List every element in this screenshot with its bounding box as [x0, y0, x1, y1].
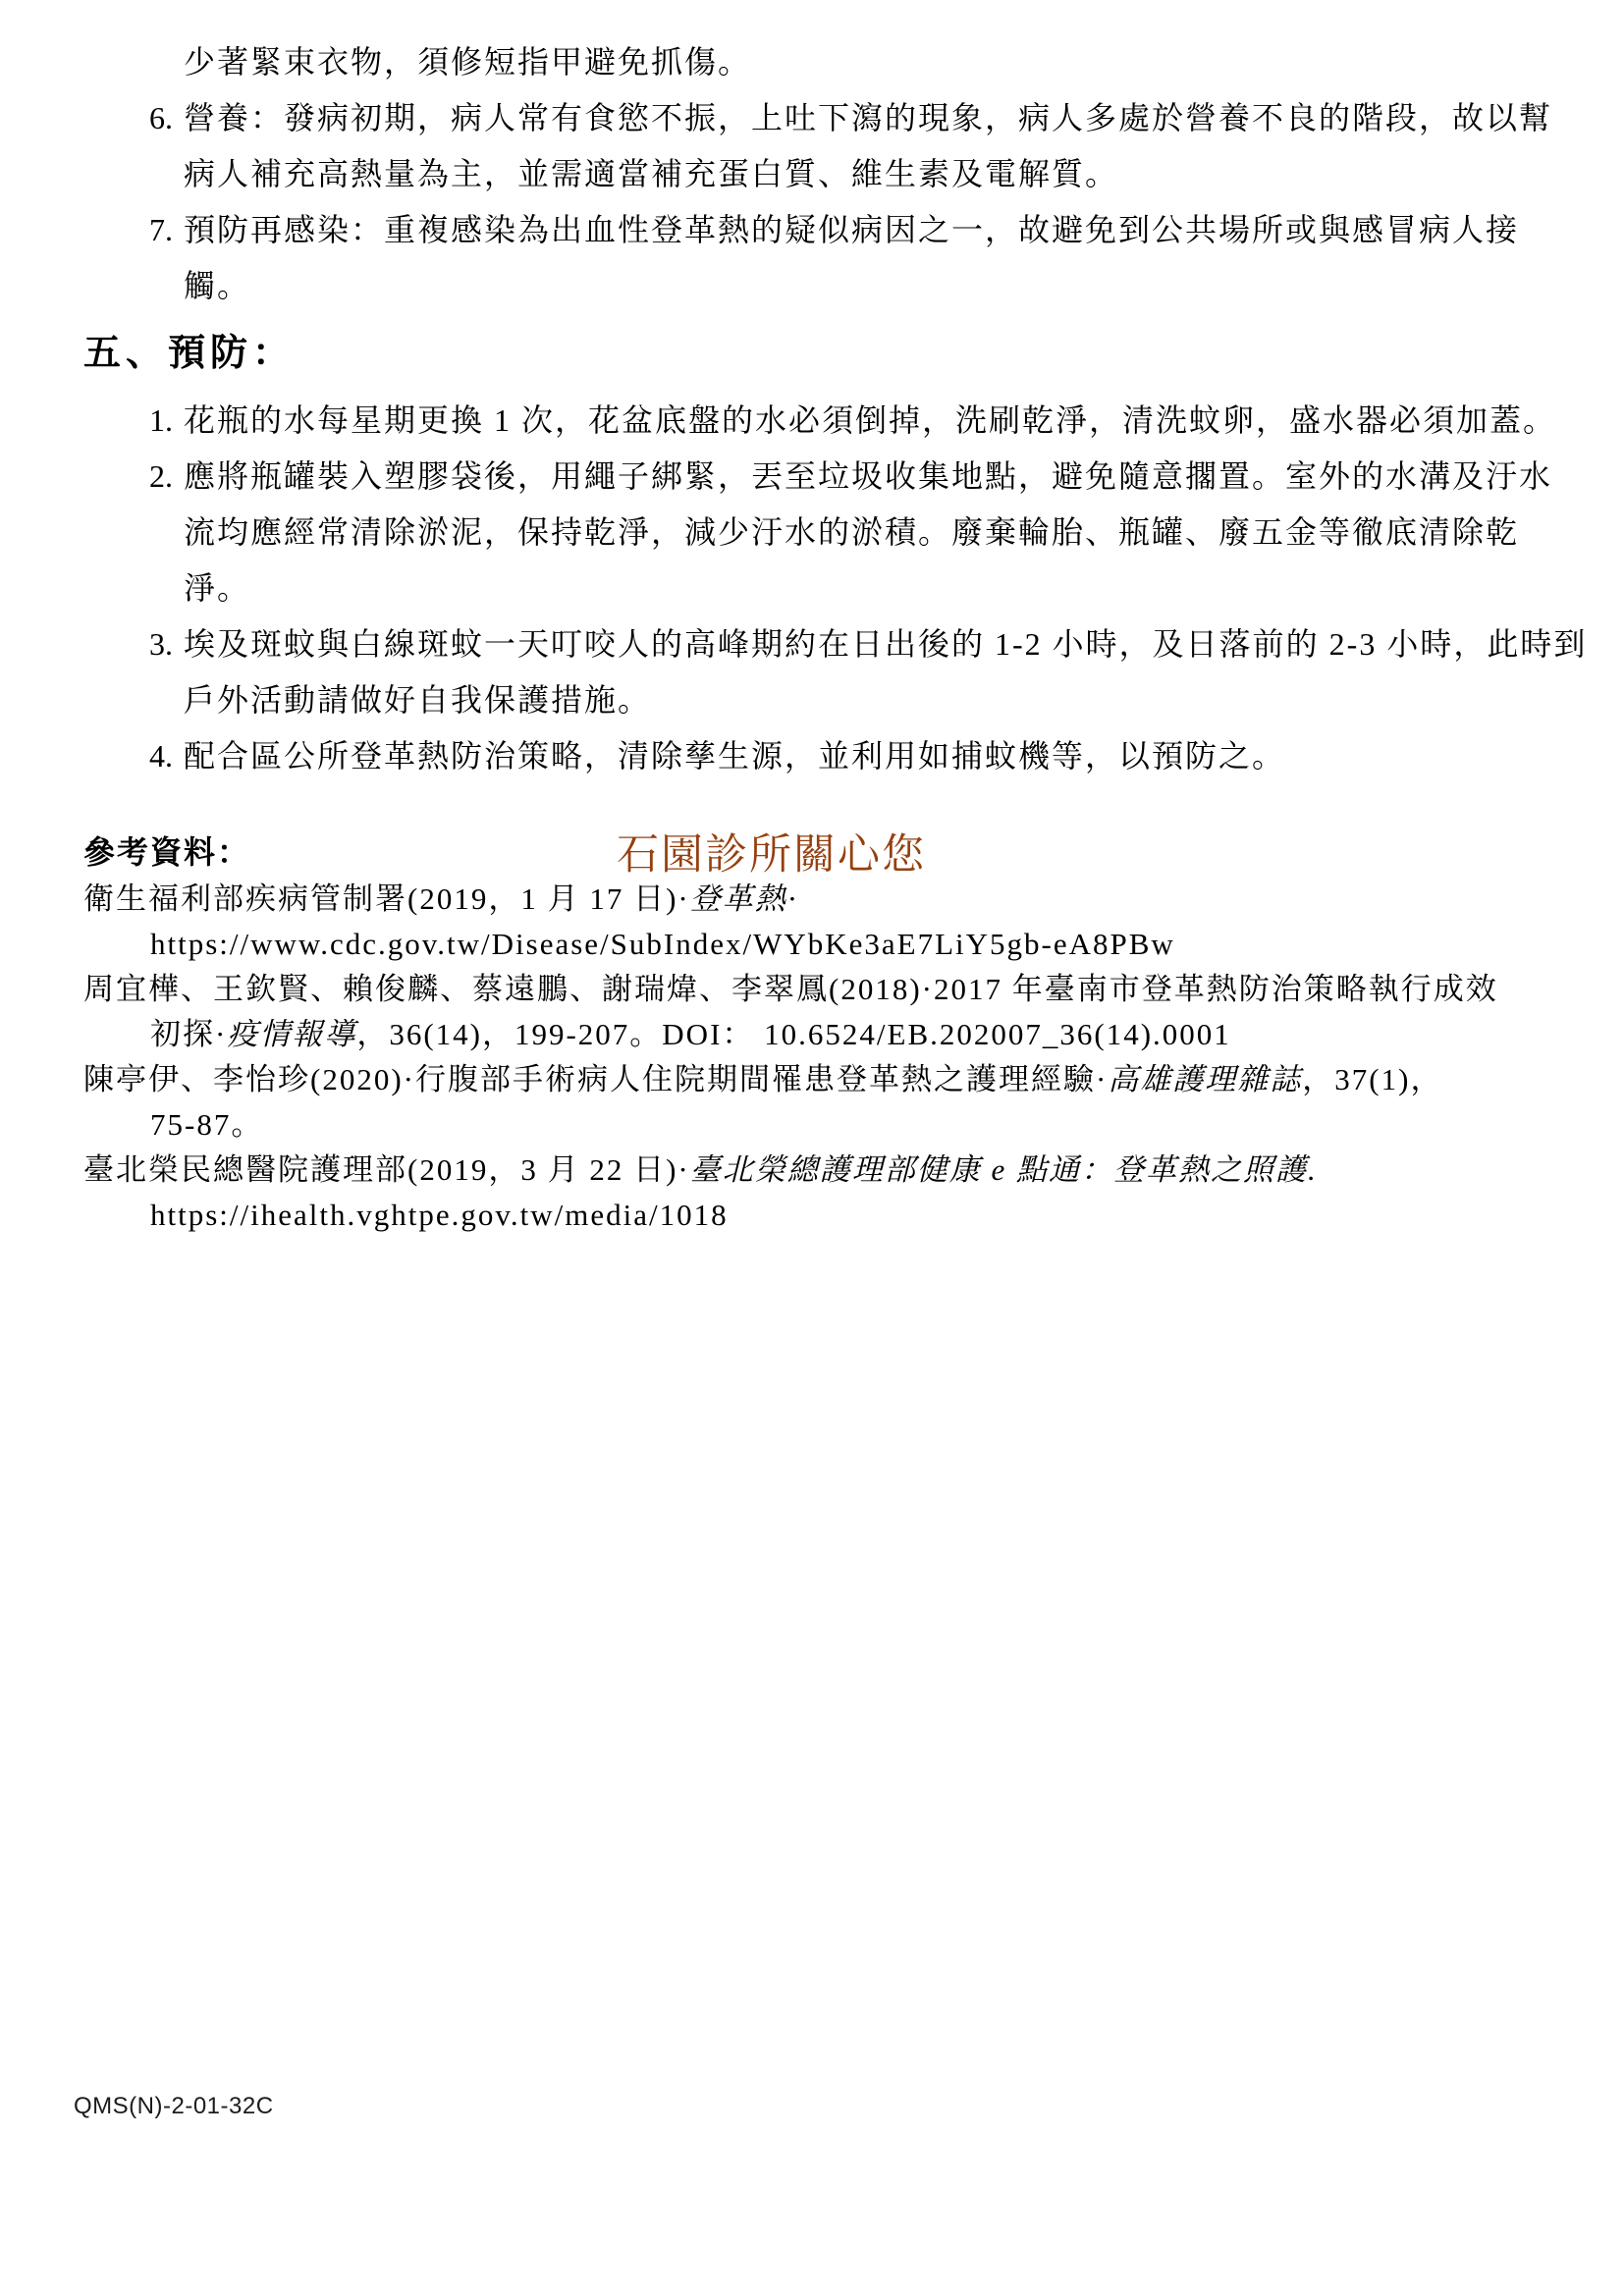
prevention-item-2-line-1: 2.應將瓶罐裝入塑膠袋後，用繩子綁緊，丟至垃圾收集地點，避免隨意擱置。室外的水溝… — [149, 449, 1624, 505]
prevention-item-4-number: 4. — [149, 728, 184, 784]
reference-2-title-end: 初探· — [150, 1017, 227, 1051]
reference-4-author-date: 臺北榮民總醫院護理部(2019，3 月 22 日)· — [83, 1152, 690, 1187]
care-item-7-line-2: 觸。 — [184, 258, 1624, 314]
prevention-item-3-text: 埃及斑蚊與白線斑蚊一天叮咬人的高峰期約在日出後的 1-2 小時，及日落前的 2-… — [184, 626, 1587, 662]
reference-1-authors-date: 衛生福利部疾病管制署(2019，1 月 17 日)· — [83, 881, 690, 916]
reference-1-title: 登革熱 — [690, 881, 787, 916]
care-item-5-continuation: 少著緊束衣物，須修短指甲避免抓傷。 — [184, 34, 1624, 90]
document-body: 少著緊束衣物，須修短指甲避免抓傷。 6.營養：發病初期，病人常有食慾不振，上吐下… — [0, 0, 1624, 1238]
care-item-6-line-1: 6.營養：發病初期，病人常有食慾不振，上吐下瀉的現象，病人多處於營養不良的階段，… — [149, 90, 1624, 146]
prevention-item-1-text: 花瓶的水每星期更換 1 次，花盆底盤的水必須倒掉，洗刷乾淨，清洗蚊卵，盛水器必須… — [184, 402, 1556, 438]
prevention-item-3-line-2: 戶外活動請做好自我保護措施。 — [184, 672, 1624, 728]
reference-1-url: https://www.cdc.gov.tw/Disease/SubIndex/… — [150, 922, 1624, 967]
care-item-6-text: 營養：發病初期，病人常有食慾不振，上吐下瀉的現象，病人多處於營養不良的階段，故以… — [184, 100, 1552, 135]
reference-3-pages: 75-87。 — [150, 1102, 1624, 1148]
prevention-item-3-number: 3. — [149, 616, 184, 672]
care-item-7-number: 7. — [149, 202, 184, 258]
care-item-7-line-1: 7.預防再感染：重複感染為出血性登革熱的疑似病因之一，故避免到公共場所或與感冒病… — [149, 202, 1624, 258]
reference-1-separator: · — [787, 881, 799, 916]
clinic-watermark: 石園診所關心您 — [617, 832, 926, 880]
reference-4-line-1: 臺北榮民總醫院護理部(2019，3 月 22 日)·臺北榮總護理部健康 e 點通… — [83, 1148, 1624, 1193]
reference-2-line-2: 初探·疫情報導，36(14)，199-207。DOI： 10.6524/EB.2… — [150, 1012, 1624, 1057]
section-heading-prevention: 五、預防： — [83, 326, 1624, 382]
reference-2-journal: 疫情報導 — [227, 1017, 356, 1051]
prevention-item-3-line-1: 3.埃及斑蚊與白線斑蚊一天叮咬人的高峰期約在日出後的 1-2 小時，及日落前的 … — [149, 616, 1624, 672]
reference-2-line-1: 周宜樺、王欽賢、賴俊麟、蔡遠鵬、謝瑞煒、李翠鳳(2018)·2017 年臺南市登… — [83, 967, 1624, 1012]
care-item-7-text: 預防再感染：重複感染為出血性登革熱的疑似病因之一，故避免到公共場所或與感冒病人接 — [184, 212, 1519, 247]
reference-3-journal: 高雄護理雜誌 — [1108, 1062, 1302, 1096]
prevention-item-4-line-1: 4.配合區公所登革熱防治策略，清除孳生源，並利用如捕蚊機等，以預防之。 — [149, 728, 1624, 784]
reference-1-line-1: 衛生福利部疾病管制署(2019，1 月 17 日)·登革熱· — [83, 877, 1624, 922]
care-item-6-number: 6. — [149, 90, 184, 146]
reference-4-url: https://ihealth.vghtpe.gov.tw/media/1018 — [150, 1193, 1624, 1238]
care-item-6-line-2: 病人補充高熱量為主，並需適當補充蛋白質、維生素及電解質。 — [184, 146, 1624, 202]
prevention-item-1-number: 1. — [149, 393, 184, 449]
prevention-item-2-line-2: 流均應經常清除淤泥，保持乾淨，減少汙水的淤積。廢棄輪胎、瓶罐、廢五金等徹底清除乾 — [184, 505, 1624, 561]
reference-3-authors-title: 陳亭伊、李怡珍(2020)·行腹部手術病人住院期間罹患登革熱之護理經驗· — [83, 1062, 1108, 1096]
footer-document-code: QMS(N)-2-01-32C — [74, 2093, 274, 2120]
prevention-item-2-text: 應將瓶罐裝入塑膠袋後，用繩子綁緊，丟至垃圾收集地點，避免隨意擱置。室外的水溝及汙… — [184, 458, 1552, 494]
document-page: 少著緊束衣物，須修短指甲避免抓傷。 6.營養：發病初期，病人常有食慾不振，上吐下… — [0, 0, 1624, 2296]
prevention-item-2-number: 2. — [149, 449, 184, 505]
reference-3-volume: ，37(1)， — [1302, 1062, 1442, 1096]
reference-2-volume-doi: ，36(14)，199-207。DOI： 10.6524/EB.202007_3… — [356, 1017, 1230, 1051]
prevention-item-2-line-3: 淨。 — [184, 561, 1624, 616]
prevention-item-1-line-1: 1.花瓶的水每星期更換 1 次，花盆底盤的水必須倒掉，洗刷乾淨，清洗蚊卵，盛水器… — [149, 393, 1624, 449]
reference-3-line-1: 陳亭伊、李怡珍(2020)·行腹部手術病人住院期間罹患登革熱之護理經驗·高雄護理… — [83, 1057, 1624, 1102]
prevention-item-4-text: 配合區公所登革熱防治策略，清除孳生源，並利用如捕蚊機等，以預防之。 — [184, 738, 1285, 774]
reference-4-title: 臺北榮總護理部健康 e 點通：登革熱之照護. — [690, 1152, 1318, 1187]
